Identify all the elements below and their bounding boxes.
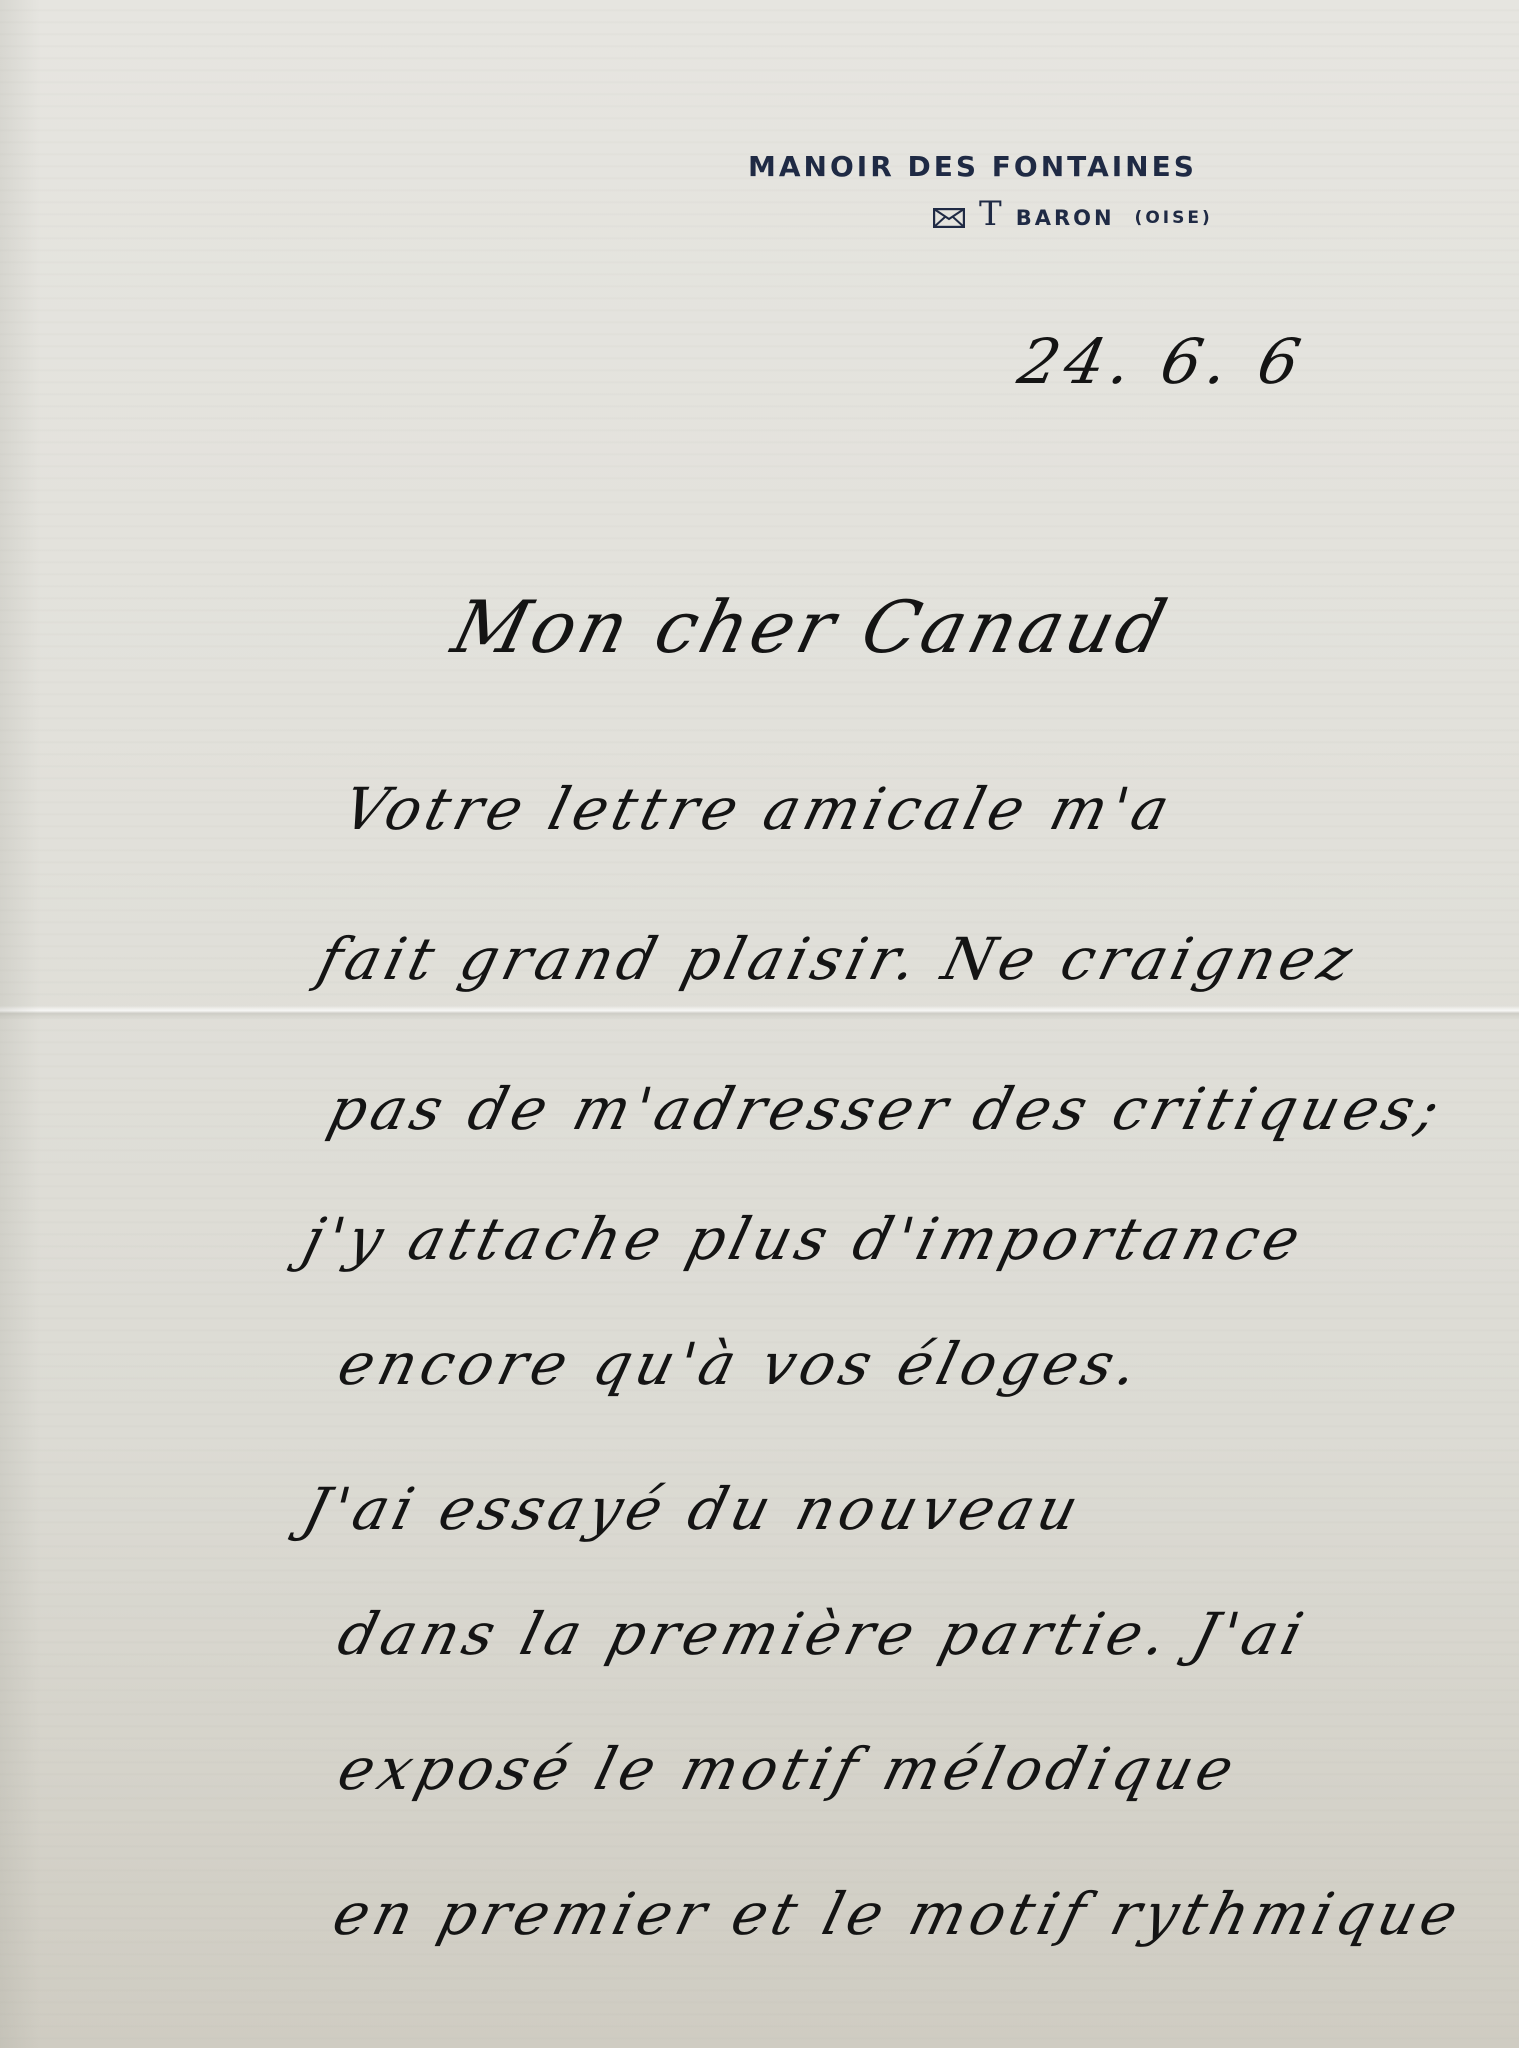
letterhead-address: T BARON (OISE) (933, 205, 1213, 231)
letter-line: encore qu'à vos éloges. (332, 1330, 1150, 1398)
letter-line: exposé le motif mélodique (332, 1735, 1246, 1803)
letter-line: fait grand plaisir. Ne craignez (312, 925, 1364, 993)
letter-salutation: Mon cher Canaud (445, 585, 1179, 669)
letterhead-name: MANOIR DES FONTAINES (748, 150, 1348, 183)
letter-line: en premier et le motif rythmique (327, 1880, 1470, 1948)
letterhead: MANOIR DES FONTAINES T BARON (OISE) (748, 150, 1348, 183)
letter-line: j'y attache plus d'importance (297, 1205, 1312, 1273)
telephone-icon: T (979, 197, 1002, 231)
letterhead-department: (OISE) (1135, 208, 1213, 228)
letter-date: 24. 6. 6 (1012, 325, 1312, 398)
letter-line: dans la première partie. J'ai (332, 1600, 1315, 1668)
letter-line: Votre lettre amicale m'a (337, 775, 1181, 843)
letter-line: J'ai essayé du nouveau (297, 1475, 1090, 1543)
letterhead-town: BARON (1016, 206, 1115, 230)
paper-fold-line (0, 1005, 1519, 1019)
envelope-icon (933, 208, 965, 228)
letter-page: MANOIR DES FONTAINES T BARON (OISE) 24. … (0, 0, 1519, 2048)
letter-line: pas de m'adresser des critiques; (322, 1075, 1452, 1143)
